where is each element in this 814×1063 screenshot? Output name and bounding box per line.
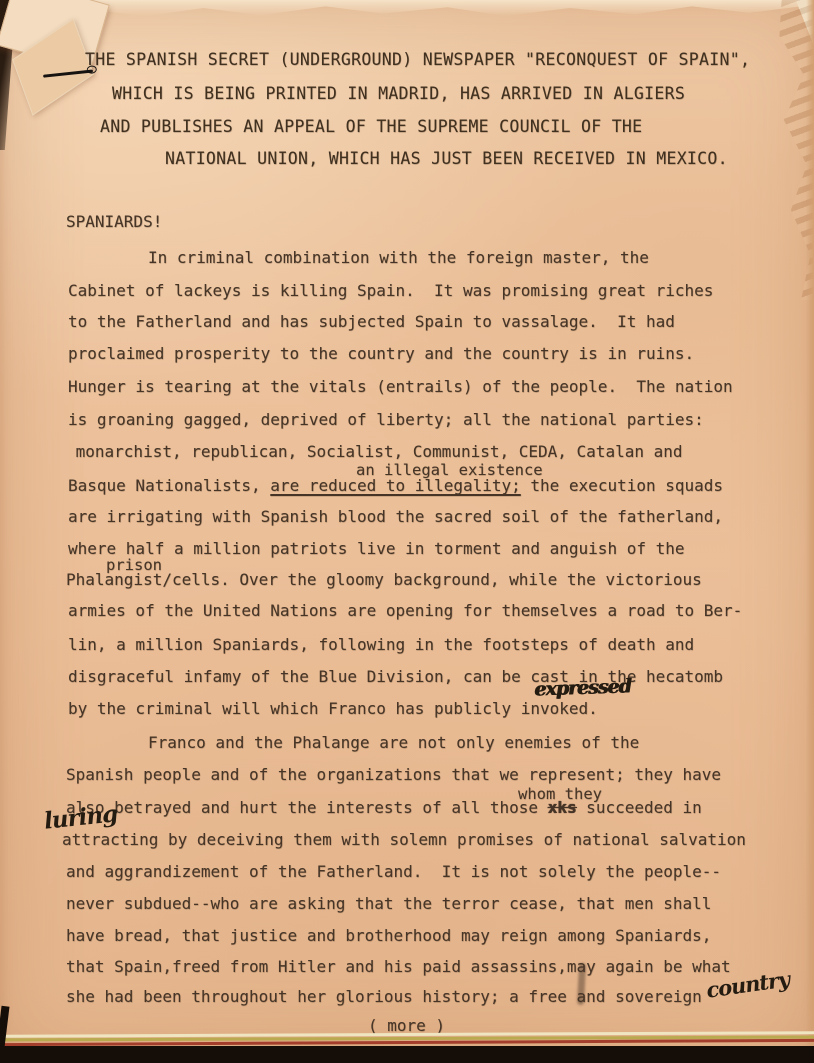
typed-line-with-underline: Basque Nationalists, are reduced to ille… (68, 476, 723, 496)
handwritten-correction-expressed: expressed (534, 675, 631, 700)
line-pre: also betrayed and hurt the interests of … (66, 798, 548, 817)
title-line-2: WHICH IS BEING PRINTED IN MADRID, HAS AR… (112, 84, 685, 104)
typed-line: armies of the United Nations are opening… (68, 601, 742, 621)
typed-line: never subdued--who are asking that the t… (66, 894, 711, 914)
right-edge-shadow (806, 0, 814, 1063)
salutation: SPANIARDS! (66, 212, 162, 232)
typed-line: Phalangist/cells. Over the gloomy backgr… (66, 570, 702, 590)
scan-background-bottom-band (0, 1046, 814, 1063)
scanned-document-page: THE SPANISH SECRET (UNDERGROUND) NEWSPAP… (0, 0, 814, 1063)
struck-out-word: xks (548, 798, 577, 817)
line-post: succeeded in (577, 798, 702, 817)
typed-line: that Spain,freed from Hitler and his pai… (66, 957, 731, 977)
typed-line: Cabinet of lackeys is killing Spain. It … (68, 281, 713, 301)
typed-line: is groaning gagged, deprived of liberty;… (68, 410, 704, 430)
typed-line: attracting by deceiving them with solemn… (62, 830, 746, 850)
torn-top-edge (0, 0, 814, 16)
typed-line: proclaimed prosperity to the country and… (68, 344, 694, 364)
typed-line: Franco and the Phalange are not only ene… (148, 733, 639, 753)
typed-line: and aggrandizement of the Fatherland. It… (66, 862, 721, 882)
typed-line: have bread, that justice and brotherhood… (66, 926, 711, 946)
typed-line: to the Fatherland and has subjected Spai… (68, 312, 675, 332)
line-post: the execution squads (521, 476, 723, 495)
title-line-3: AND PUBLISHES AN APPEAL OF THE SUPREME C… (100, 117, 642, 137)
typed-line: are irrigating with Spanish blood the sa… (68, 507, 723, 527)
typed-line: Hunger is tearing at the vitals (entrail… (68, 377, 733, 397)
typed-line: In criminal combination with the foreign… (148, 248, 649, 268)
torn-right-edge (742, 0, 814, 300)
typed-line: lin, a million Spaniards, following in t… (68, 635, 694, 655)
title-line-1: THE SPANISH SECRET (UNDERGROUND) NEWSPAP… (85, 50, 750, 70)
underlined-phrase: are reduced to illegality; (270, 476, 520, 495)
typed-line: she had been throughout her glorious his… (66, 987, 702, 1007)
typed-line-with-strikeout: also betrayed and hurt the interests of … (66, 798, 702, 818)
title-line-4: NATIONAL UNION, WHICH HAS JUST BEEN RECE… (165, 149, 728, 169)
typed-line: Spanish people and of the organizations … (66, 765, 721, 785)
typed-line: by the criminal will which Franco has pu… (68, 699, 598, 719)
line-pre: Basque Nationalists, (68, 476, 270, 495)
typed-line: monarchist, republican, Socialist, Commu… (66, 442, 683, 462)
